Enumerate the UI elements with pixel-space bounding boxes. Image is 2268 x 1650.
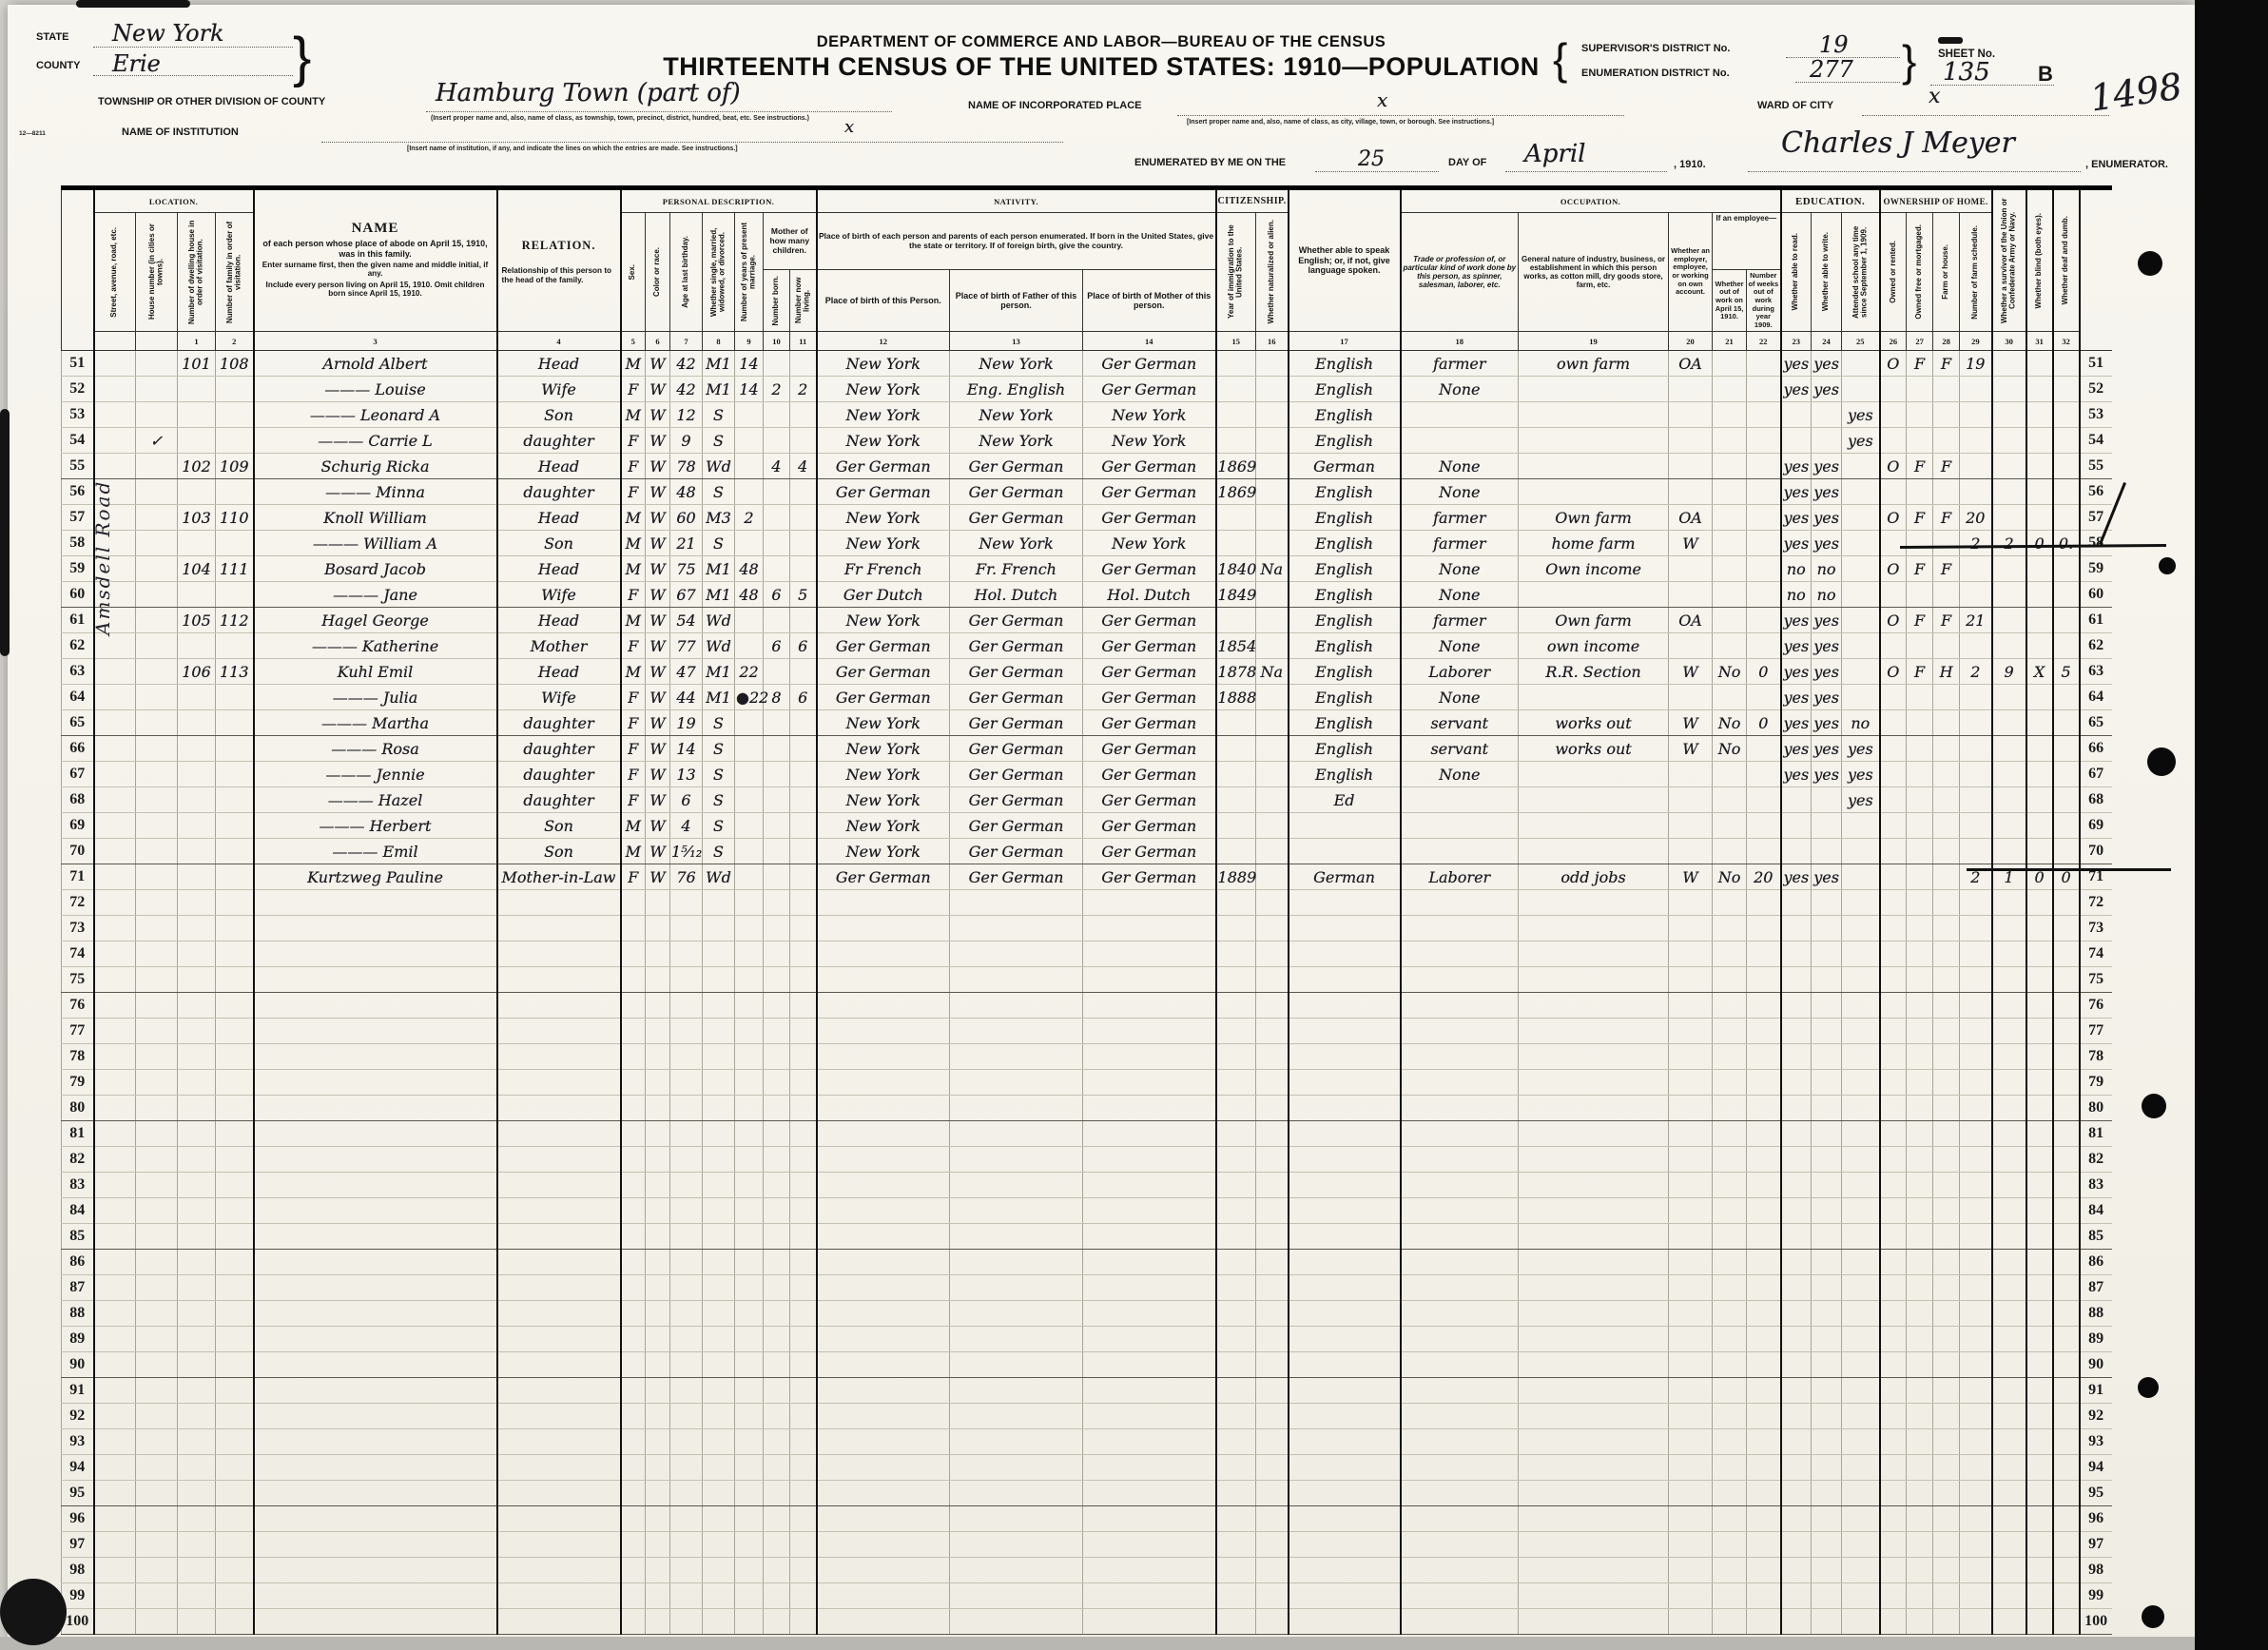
cell-read: yes (1781, 351, 1812, 377)
cell-weeks_out (1747, 1532, 1781, 1558)
cell-street (94, 787, 136, 813)
cell-years_married (735, 633, 764, 659)
cell-dwelling: 106 (178, 659, 216, 685)
cell-mother_birthplace: Ger German (1083, 633, 1216, 659)
cell-family (216, 1301, 254, 1327)
cell-c31 (2026, 1481, 2053, 1506)
cell-dwelling (178, 582, 216, 608)
cell-write (1812, 993, 1842, 1019)
table-row: 7272 (62, 890, 2112, 916)
cell-father_birthplace: Ger German (950, 736, 1083, 762)
cell-birthplace (817, 1378, 950, 1404)
cell-free (1907, 916, 1933, 941)
cell-street (94, 1070, 136, 1096)
cell-years_married: 14 (735, 377, 764, 402)
cell-family (216, 710, 254, 736)
cell-c32 (2053, 556, 2080, 582)
cell-birthplace: New York (817, 377, 950, 402)
cell-farm: F (1933, 608, 1960, 633)
cell-owned (1880, 813, 1907, 839)
cell-schedule (1960, 1558, 1992, 1583)
cell-father_birthplace: Ger German (950, 608, 1083, 633)
cell-schedule (1960, 582, 1992, 608)
cell-school (1842, 505, 1880, 531)
col-header-naturalized: Whether naturalized or alien. (1256, 213, 1289, 332)
cell-street (94, 1019, 136, 1044)
cell-farm (1933, 402, 1960, 428)
cell-read (1781, 839, 1812, 864)
cell-name: ——— Louise (254, 377, 497, 402)
cell-out_of_work (1713, 1096, 1747, 1121)
line-number-left: 73 (62, 916, 94, 941)
col-header-free-mortgaged: Owned free or mortgaged. (1907, 213, 1933, 332)
cell-relation: Head (497, 556, 621, 582)
cell-write (1812, 1019, 1842, 1044)
cell-children_born (764, 608, 790, 633)
cell-years_married (735, 1506, 764, 1532)
cell-years_married (735, 890, 764, 916)
cell-name (254, 1121, 497, 1147)
cell-children_living (790, 1327, 817, 1352)
cell-dwelling (178, 1378, 216, 1404)
cell-out_of_work (1713, 993, 1747, 1019)
cell-c30 (1992, 402, 2026, 428)
cell-children_born (764, 1301, 790, 1327)
cell-dwelling (178, 1121, 216, 1147)
cell-school (1842, 1609, 1880, 1635)
cell-years_married (735, 710, 764, 736)
cell-age: 78 (670, 454, 703, 479)
cell-weeks_out (1747, 1558, 1781, 1583)
col-header-if-employee: If an employee— (1713, 213, 1781, 270)
cell-industry (1519, 685, 1669, 710)
cell-english (1289, 1429, 1401, 1455)
cell-family (216, 1019, 254, 1044)
cell-family (216, 787, 254, 813)
cell-school (1842, 1352, 1880, 1378)
table-row: 7474 (62, 941, 2112, 967)
cell-dwelling: 105 (178, 608, 216, 633)
cell-children_living (790, 1481, 817, 1506)
cell-sex: F (621, 633, 646, 659)
cell-naturalized (1256, 864, 1289, 890)
cell-dwelling (178, 710, 216, 736)
cell-mother_birthplace (1083, 916, 1216, 941)
cell-write: yes (1812, 351, 1842, 377)
cell-immigration: 1869 (1216, 479, 1256, 505)
cell-farm (1933, 479, 1960, 505)
cell-birthplace: New York (817, 736, 950, 762)
cell-schedule (1960, 1019, 1992, 1044)
cell-english: English (1289, 633, 1401, 659)
cell-relation (497, 1429, 621, 1455)
cell-family (216, 839, 254, 864)
cell-street (94, 1250, 136, 1275)
cell-dwelling (178, 685, 216, 710)
cell-sex (621, 1224, 646, 1250)
enumerator-label: , ENUMERATOR. (2085, 159, 2168, 170)
column-number: 10 (764, 332, 790, 351)
cell-trade (1401, 1019, 1519, 1044)
cell-c32 (2053, 710, 2080, 736)
enumerated-day: 25 (1358, 147, 1385, 171)
ink-underline-row71 (1967, 868, 2171, 871)
cell-children_living (790, 1506, 817, 1532)
cell-farm (1933, 890, 1960, 916)
col-header-pob-person: Place of birth of this Person. (817, 270, 950, 332)
cell-mother_birthplace (1083, 1506, 1216, 1532)
cell-house (136, 1275, 178, 1301)
cell-marital (703, 1532, 735, 1558)
cell-c31 (2026, 839, 2053, 864)
cell-house (136, 608, 178, 633)
cell-children_born (764, 916, 790, 941)
cell-school (1842, 556, 1880, 582)
cell-free: F (1907, 505, 1933, 531)
cell-out_of_work (1713, 556, 1747, 582)
cell-relation: Wife (497, 377, 621, 402)
cell-birthplace: New York (817, 762, 950, 787)
cell-farm (1933, 1173, 1960, 1198)
cell-birthplace (817, 916, 950, 941)
cell-name (254, 1275, 497, 1301)
cell-english (1289, 1532, 1401, 1558)
cell-english: English (1289, 710, 1401, 736)
cell-father_birthplace (950, 1250, 1083, 1275)
cell-dwelling (178, 1583, 216, 1609)
cell-read (1781, 1198, 1812, 1224)
cell-color (646, 1121, 670, 1147)
cell-naturalized (1256, 582, 1289, 608)
cell-employer (1669, 1096, 1713, 1121)
cell-naturalized (1256, 633, 1289, 659)
line-number-right: 96 (2080, 1506, 2112, 1532)
cell-house (136, 351, 178, 377)
table-row: 9999 (62, 1583, 2112, 1609)
cell-family (216, 1378, 254, 1404)
cell-house (136, 1070, 178, 1096)
cell-name: ——— Minna (254, 479, 497, 505)
cell-c30 (1992, 1506, 2026, 1532)
cell-farm (1933, 1506, 1960, 1532)
cell-color (646, 1019, 670, 1044)
cell-name: ——— Jane (254, 582, 497, 608)
enumerated-label: ENUMERATED BY ME ON THE (1134, 157, 1286, 168)
cell-children_living (790, 556, 817, 582)
cell-relation (497, 1275, 621, 1301)
cell-c32 (2053, 941, 2080, 967)
cell-c32 (2053, 1558, 2080, 1583)
cell-family (216, 993, 254, 1019)
cell-marital (703, 916, 735, 941)
cell-schedule (1960, 839, 1992, 864)
cell-age (670, 1378, 703, 1404)
cell-birthplace (817, 1327, 950, 1352)
cell-age: 42 (670, 377, 703, 402)
line-number-left: 99 (62, 1583, 94, 1609)
cell-c30 (1992, 1070, 2026, 1096)
cell-school (1842, 1019, 1880, 1044)
cell-out_of_work (1713, 1327, 1747, 1352)
cell-house (136, 505, 178, 531)
cell-father_birthplace: Eng. English (950, 377, 1083, 402)
cell-weeks_out (1747, 1352, 1781, 1378)
table-row: 65——— MarthadaughterFW19SNew YorkGer Ger… (62, 710, 2112, 736)
cell-birthplace (817, 1532, 950, 1558)
name-desc-1: of each person whose place of abode on A… (259, 239, 493, 259)
cell-mother_birthplace (1083, 1301, 1216, 1327)
cell-birthplace (817, 1019, 950, 1044)
cell-schedule (1960, 1583, 1992, 1609)
cell-dwelling: 102 (178, 454, 216, 479)
cell-c30 (1992, 1609, 2026, 1635)
cell-marital (703, 890, 735, 916)
cell-relation (497, 1198, 621, 1224)
cell-read (1781, 1173, 1812, 1198)
cell-write: yes (1812, 531, 1842, 556)
cell-industry: home farm (1519, 531, 1669, 556)
line-number-left: 51 (62, 351, 94, 377)
cell-marital (703, 967, 735, 993)
cell-years_married (735, 1173, 764, 1198)
cell-english: German (1289, 864, 1401, 890)
cell-c30 (1992, 1250, 2026, 1275)
line-number-right: 73 (2080, 916, 2112, 941)
line-number-right: 100 (2080, 1609, 2112, 1635)
cell-free (1907, 864, 1933, 890)
cell-c32 (2053, 1481, 2080, 1506)
cell-c31 (2026, 377, 2053, 402)
cell-marital: M3 (703, 505, 735, 531)
cell-read (1781, 1096, 1812, 1121)
cell-c30 (1992, 813, 2026, 839)
cell-employer (1669, 1019, 1713, 1044)
cell-english (1289, 1070, 1401, 1096)
line-number-right: 94 (2080, 1455, 2112, 1481)
cell-c32 (2053, 1532, 2080, 1558)
line-number-left: 62 (62, 633, 94, 659)
cell-children_born (764, 1481, 790, 1506)
cell-read: no (1781, 556, 1812, 582)
line-number-left: 67 (62, 762, 94, 787)
cell-farm (1933, 1609, 1960, 1635)
cell-read (1781, 1378, 1812, 1404)
line-number-right: 88 (2080, 1301, 2112, 1327)
cell-out_of_work (1713, 1506, 1747, 1532)
cell-family (216, 685, 254, 710)
cell-c30 (1992, 1532, 2026, 1558)
cell-read (1781, 1352, 1812, 1378)
cell-weeks_out (1747, 890, 1781, 916)
column-number: 30 (1992, 332, 2026, 351)
cell-color: W (646, 685, 670, 710)
cell-trade (1401, 1609, 1519, 1635)
cell-naturalized (1256, 839, 1289, 864)
col-header-relation: RELATION. Relationship of this person to… (497, 188, 621, 332)
cell-sex: M (621, 402, 646, 428)
cell-read (1781, 1532, 1812, 1558)
cell-schedule (1960, 1352, 1992, 1378)
cell-dwelling (178, 1224, 216, 1250)
cell-color (646, 1583, 670, 1609)
cell-industry: own farm (1519, 351, 1669, 377)
cell-immigration (1216, 1275, 1256, 1301)
cell-english: German (1289, 454, 1401, 479)
cell-english (1289, 1506, 1401, 1532)
cell-birthplace (817, 993, 950, 1019)
cell-c32 (2053, 1327, 2080, 1352)
cell-father_birthplace: New York (950, 428, 1083, 454)
cell-name (254, 1147, 497, 1173)
line-number-right: 75 (2080, 967, 2112, 993)
cell-color (646, 1096, 670, 1121)
cell-school (1842, 1404, 1880, 1429)
cell-schedule (1960, 1147, 1992, 1173)
cell-c31: 0 (2026, 531, 2053, 556)
cell-dwelling (178, 967, 216, 993)
cell-write (1812, 1532, 1842, 1558)
cell-c32 (2053, 351, 2080, 377)
cell-family (216, 582, 254, 608)
sheet-suffix: B (2038, 62, 2053, 87)
table-row: 7676 (62, 993, 2112, 1019)
cell-employer (1669, 1352, 1713, 1378)
cell-employer (1669, 1070, 1713, 1096)
cell-write (1812, 1455, 1842, 1481)
line-number-right: 90 (2080, 1352, 2112, 1378)
line-number-left: 87 (62, 1275, 94, 1301)
table-row: 71Kurtzweg PaulineMother-in-LawFW76WdGer… (62, 864, 2112, 890)
cell-out_of_work (1713, 685, 1747, 710)
cell-c30 (1992, 1558, 2026, 1583)
cell-relation: Wife (497, 582, 621, 608)
cell-immigration: 1889 (1216, 864, 1256, 890)
cell-age (670, 916, 703, 941)
cell-school (1842, 813, 1880, 839)
cell-children_born (764, 1327, 790, 1352)
cell-birthplace: Ger German (817, 659, 950, 685)
cell-trade (1401, 993, 1519, 1019)
cell-house (136, 967, 178, 993)
cell-out_of_work (1713, 813, 1747, 839)
table-row: 57103110Knoll WilliamHeadMW60M32New York… (62, 505, 2112, 531)
cell-c31 (2026, 685, 2053, 710)
cell-weeks_out (1747, 1583, 1781, 1609)
cell-immigration (1216, 1250, 1256, 1275)
cell-relation: daughter (497, 479, 621, 505)
cell-years_married (735, 1275, 764, 1301)
cell-dwelling (178, 916, 216, 941)
table-row: 7979 (62, 1070, 2112, 1096)
cell-schedule (1960, 454, 1992, 479)
cell-owned (1880, 736, 1907, 762)
cell-birthplace (817, 1609, 950, 1635)
cell-color (646, 993, 670, 1019)
cell-birthplace: New York (817, 428, 950, 454)
cell-house (136, 1352, 178, 1378)
cell-employer (1669, 813, 1713, 839)
cell-owned: O (1880, 351, 1907, 377)
cell-house (136, 787, 178, 813)
cell-c32 (2053, 685, 2080, 710)
cell-house (136, 1532, 178, 1558)
cell-write (1812, 1352, 1842, 1378)
cell-father_birthplace (950, 1404, 1083, 1429)
cell-children_born (764, 1506, 790, 1532)
ward-value: x (1929, 85, 1940, 108)
line-number-left: 77 (62, 1019, 94, 1044)
cell-birthplace: New York (817, 710, 950, 736)
cell-c31 (2026, 608, 2053, 633)
cell-color (646, 1275, 670, 1301)
cell-years_married (735, 1019, 764, 1044)
cell-employer (1669, 967, 1713, 993)
table-row: 51101108Arnold AlbertHeadMW42M114New Yor… (62, 351, 2112, 377)
cell-industry (1519, 1455, 1669, 1481)
cell-mother_birthplace (1083, 1250, 1216, 1275)
cell-farm (1933, 941, 1960, 967)
cell-dwelling: 103 (178, 505, 216, 531)
cell-father_birthplace: Ger German (950, 659, 1083, 685)
cell-free (1907, 1404, 1933, 1429)
cell-birthplace: Ger German (817, 685, 950, 710)
cell-trade: farmer (1401, 351, 1519, 377)
table-row: 9292 (62, 1404, 2112, 1429)
table-row: 62——— KatherineMotherFW77Wd66Ger GermanG… (62, 633, 2112, 659)
cell-birthplace: Ger Dutch (817, 582, 950, 608)
cell-children_born (764, 1147, 790, 1173)
cell-industry (1519, 1198, 1669, 1224)
cell-marital (703, 1224, 735, 1250)
line-number-right: 72 (2080, 890, 2112, 916)
cell-name (254, 890, 497, 916)
cell-immigration (1216, 531, 1256, 556)
cell-family (216, 736, 254, 762)
line-number-left: 70 (62, 839, 94, 864)
cell-children_living: 6 (790, 633, 817, 659)
table-row: 66——— RosadaughterFW14SNew YorkGer Germa… (62, 736, 2112, 762)
cell-family (216, 1481, 254, 1506)
cell-owned (1880, 1583, 1907, 1609)
cell-school (1842, 1532, 1880, 1558)
line-number-left: 54 (62, 428, 94, 454)
cell-relation: Head (497, 608, 621, 633)
cell-family (216, 941, 254, 967)
group-nativity: NATIVITY. (817, 188, 1216, 213)
cell-school (1842, 454, 1880, 479)
cell-name (254, 1481, 497, 1506)
cell-trade (1401, 1327, 1519, 1352)
cell-english (1289, 1609, 1401, 1635)
cell-house (136, 762, 178, 787)
cell-weeks_out (1747, 582, 1781, 608)
cell-c30 (1992, 1352, 2026, 1378)
cell-naturalized (1256, 1096, 1289, 1121)
cell-street (94, 967, 136, 993)
group-citizenship: CITIZENSHIP. (1216, 188, 1289, 213)
cell-c31 (2026, 402, 2053, 428)
cell-immigration (1216, 1198, 1256, 1224)
cell-mother_birthplace (1083, 1275, 1216, 1301)
cell-mother_birthplace: Ger German (1083, 608, 1216, 633)
cell-sex (621, 1506, 646, 1532)
cell-age: 13 (670, 762, 703, 787)
cell-sex: F (621, 377, 646, 402)
col-header-children-born: Number born. (764, 270, 790, 332)
cell-farm (1933, 813, 1960, 839)
cell-industry (1519, 890, 1669, 916)
cell-farm (1933, 1301, 1960, 1327)
